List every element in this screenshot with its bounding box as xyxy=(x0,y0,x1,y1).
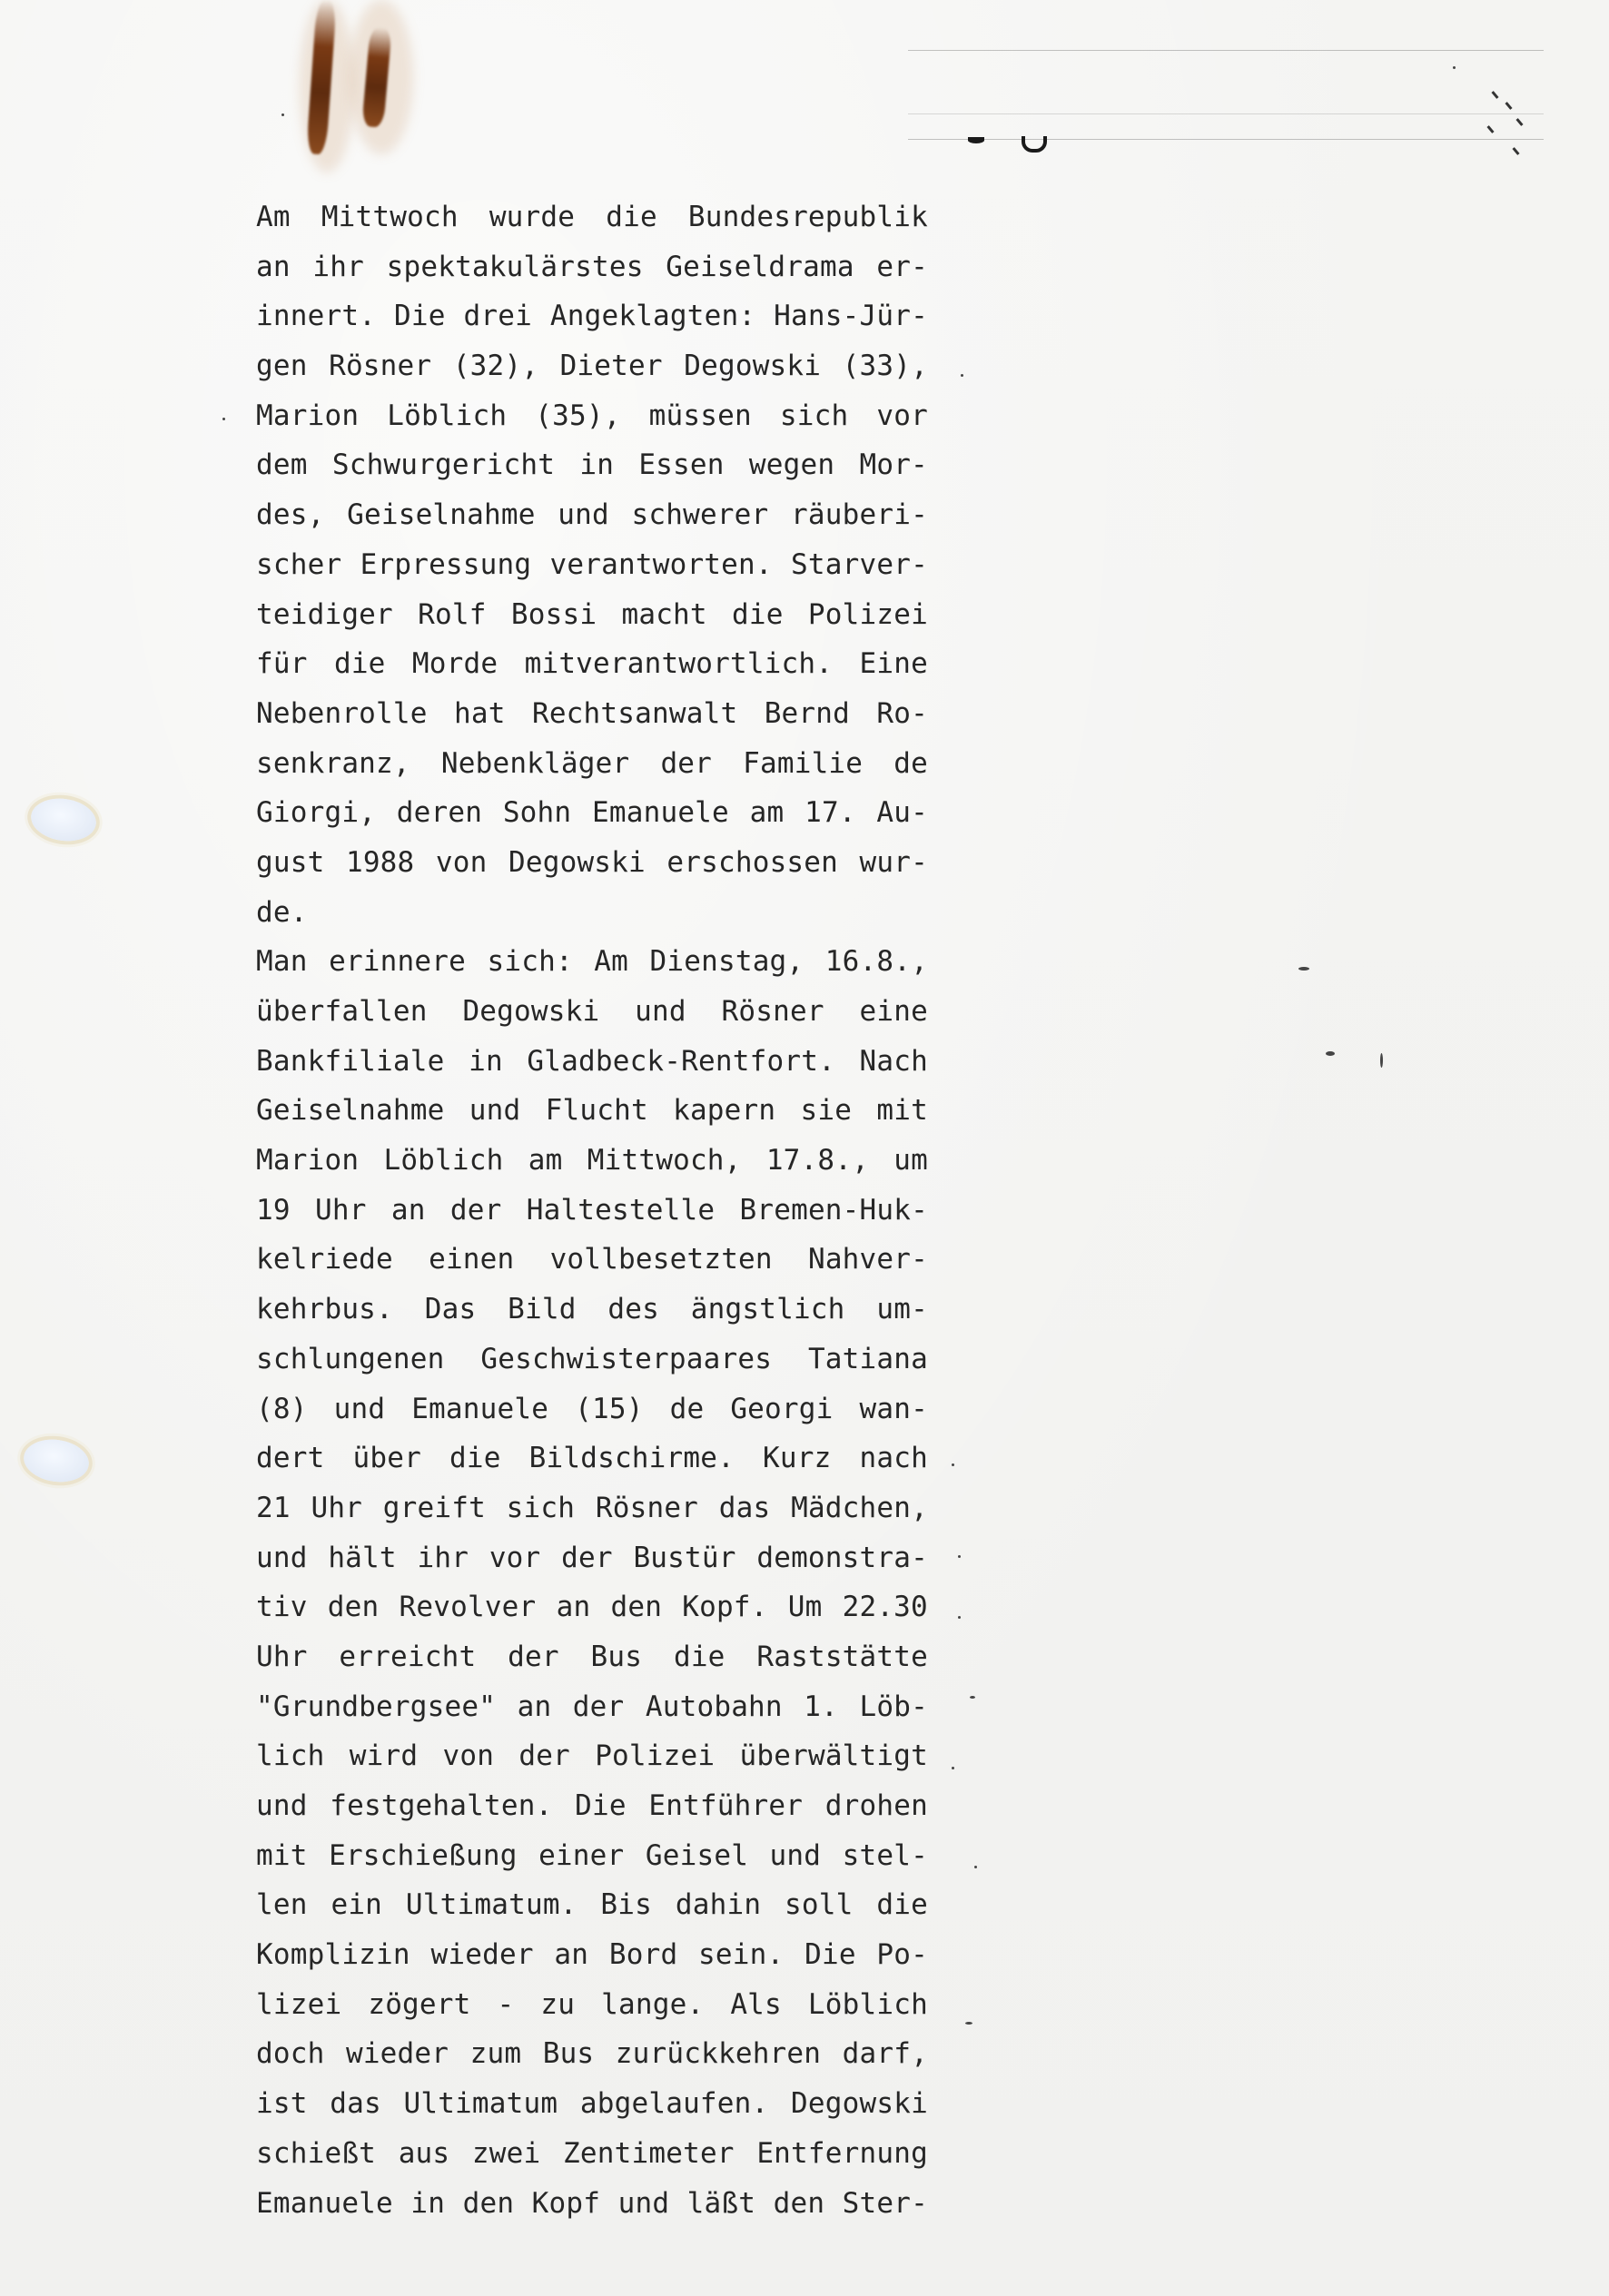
punch-hole xyxy=(28,794,99,845)
speck xyxy=(222,418,225,420)
text-line: senkranz,NebenklägerderFamiliede xyxy=(256,739,928,789)
text-line: MarionLöblichamMittwoch,17.8.,um xyxy=(256,1136,928,1186)
text-line: tivdenRevolverandenKopf.Um22.30 xyxy=(256,1582,928,1632)
speck xyxy=(952,1767,954,1769)
text-line: (8)undEmanuele(15)deGeorgiwan- xyxy=(256,1384,928,1434)
text-line: teidigerRolfBossimachtdiePolizei xyxy=(256,590,928,640)
punch-hole xyxy=(21,1435,92,1486)
speck xyxy=(961,374,963,377)
text-line: fürdieMordemitverantwortlich.Eine xyxy=(256,639,928,689)
text-line: schlungenenGeschwisterpaaresTatiana xyxy=(256,1335,928,1384)
text-line: istdasUltimatumabgelaufen.Degowski xyxy=(256,2079,928,2129)
text-line: dochwiederzumBuszurückkehrendarf, xyxy=(256,2029,928,2079)
text-line: undfestgehalten.DieEntführerdrohen xyxy=(256,1781,928,1831)
article-body: AmMittwochwurdedieBundesrepublikanihrspe… xyxy=(256,192,928,2228)
text-line: Manerinneresich:AmDienstag,16.8., xyxy=(256,937,928,987)
faint-header-line xyxy=(908,50,1544,51)
text-line: "Grundbergsee"anderAutobahn1.Löb- xyxy=(256,1682,928,1732)
text-line: lizeizögert-zulange.AlsLöblich xyxy=(256,1980,928,2030)
text-line: Giorgi,derenSohnEmanueleam17.Au- xyxy=(256,788,928,838)
text-line: lichwirdvonderPolizeiüberwältigt xyxy=(256,1731,928,1781)
text-line: anihrspektakulärstesGeiseldramaer- xyxy=(256,242,928,292)
text-line: MarionLöblich(35),müssensichvor xyxy=(256,391,928,441)
ink-tick xyxy=(1512,147,1519,155)
speck xyxy=(952,1463,954,1466)
speck xyxy=(965,2022,972,2025)
text-line: mitErschießungeinerGeiselundstel- xyxy=(256,1831,928,1881)
faint-header-line xyxy=(908,113,1544,114)
text-line: schießtauszweiZentimeterEntfernung xyxy=(256,2129,928,2179)
speck xyxy=(1326,1051,1335,1056)
speck xyxy=(958,1616,961,1619)
speck xyxy=(281,113,284,116)
text-line: 21UhrgreiftsichRösnerdasMädchen, xyxy=(256,1483,928,1533)
text-line: BankfilialeinGladbeck-Rentfort.Nach xyxy=(256,1037,928,1087)
text-line: innert.DiedreiAngeklagten:Hans-Jür- xyxy=(256,291,928,341)
speck xyxy=(958,1555,961,1558)
text-line: UhrerreichtderBusdieRaststätte xyxy=(256,1632,928,1682)
text-line: de. xyxy=(256,888,928,938)
text-line: gust1988vonDegowskierschossenwur- xyxy=(256,838,928,888)
text-line: genRösner(32),DieterDegowski(33), xyxy=(256,341,928,391)
ink-tick xyxy=(1486,125,1494,133)
text-line: kehrbus.DasBilddesängstlichum- xyxy=(256,1285,928,1335)
ink-mark xyxy=(1022,136,1047,153)
ink-tick xyxy=(1491,91,1498,99)
text-line: scherErpressungverantworten.Starver- xyxy=(256,540,928,590)
text-line: leneinUltimatum.Bisdahinsolldie xyxy=(256,1880,928,1930)
text-line: undhältihrvorderBustürdemonstra- xyxy=(256,1533,928,1583)
faint-header-line xyxy=(908,139,1544,140)
ink-tick xyxy=(1515,118,1523,126)
text-line: EmanueleindenKopfundläßtdenSter- xyxy=(256,2179,928,2229)
text-line: NebenrollehatRechtsanwaltBerndRo- xyxy=(256,689,928,739)
ink-tick xyxy=(1505,102,1512,110)
text-line: des,Geiselnahmeundschwererräuberi- xyxy=(256,490,928,540)
text-line: GeiselnahmeundFluchtkapernsiemit xyxy=(256,1086,928,1136)
text-line: kelriedeeinenvollbesetztenNahver- xyxy=(256,1235,928,1285)
text-line: AmMittwochwurdedieBundesrepublik xyxy=(256,192,928,242)
text-line: dertüberdieBildschirme.Kurznach xyxy=(256,1434,928,1483)
text-line: überfallenDegowskiundRösnereine xyxy=(256,987,928,1037)
paragraph: Manerinneresich:AmDienstag,16.8.,überfal… xyxy=(256,937,928,2228)
speck xyxy=(1298,967,1309,971)
text-line: 19UhranderHaltestelleBremen-Huk- xyxy=(256,1186,928,1236)
speck xyxy=(974,1866,977,1868)
text-line: demSchwurgerichtinEssenwegenMor- xyxy=(256,440,928,490)
paragraph: AmMittwochwurdedieBundesrepublikanihrspe… xyxy=(256,192,928,937)
text-line: KomplizinwiederanBordsein.DiePo- xyxy=(256,1930,928,1980)
scanned-page: AmMittwochwurdedieBundesrepublikanihrspe… xyxy=(0,0,1609,2296)
speck xyxy=(970,1696,975,1699)
speck xyxy=(1380,1053,1383,1068)
ink-mark xyxy=(968,137,984,143)
speck xyxy=(1453,66,1456,69)
